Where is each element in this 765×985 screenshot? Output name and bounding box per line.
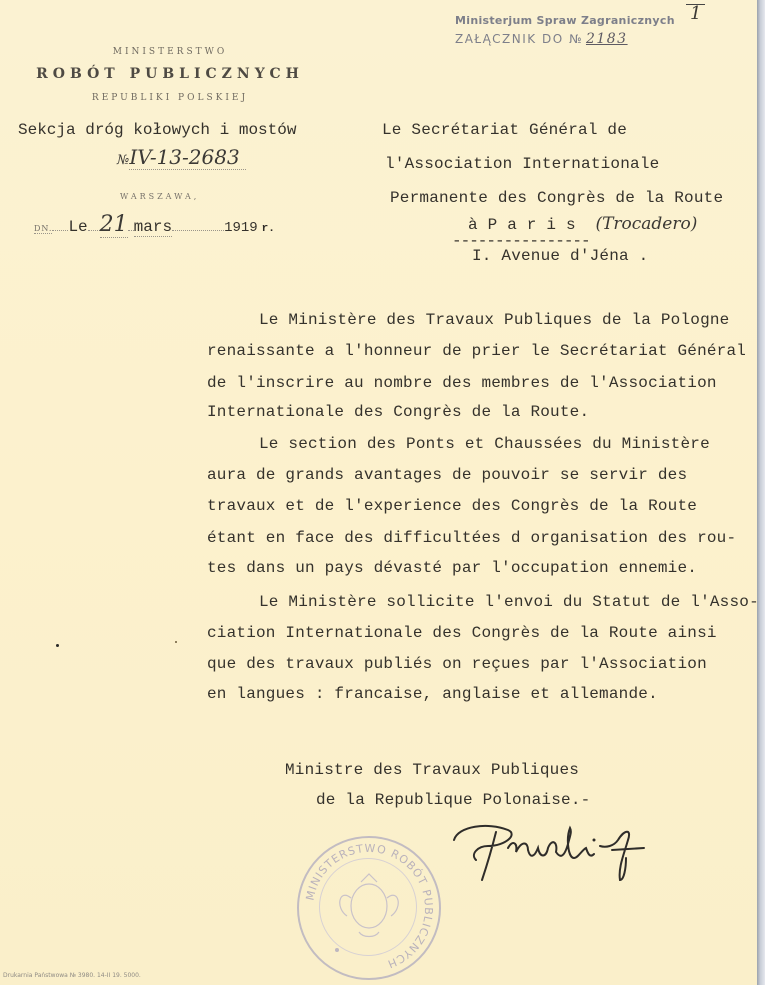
body-line: renaissante a l'honneur de prier le Secr… <box>207 342 746 360</box>
body-line: Le Ministère sollicite l'envoi du Statut… <box>259 593 759 611</box>
letterhead-republic: REPUBLIKI POLSKIEJ <box>0 93 340 103</box>
page-mark: 1 <box>686 4 705 23</box>
recipient-city: à P a r i s (Trocadero) <box>468 214 697 234</box>
date-suffix: r. <box>262 223 275 235</box>
date-line: DN.Le21mars1919r. <box>34 212 275 237</box>
letter-page: MINISTERSTWO ROBÓT PUBLICZNYCH REPUBLIKI… <box>0 0 757 985</box>
recipient-line: Le Secrétariat Général de <box>382 121 627 139</box>
number-sign: № <box>117 153 129 168</box>
body-line: Le Ministère des Travaux Publiques de la… <box>259 311 729 329</box>
letterhead-ministry: MINISTERSTWO <box>0 47 340 57</box>
body-line: travaux et de l'experience des Congrès d… <box>207 497 697 515</box>
closing-line: de la Republique Polonaise.- <box>316 791 590 809</box>
svg-text:MINISTERSTWO ROBÓT PUBLICZNYCH: MINISTERSTWO ROBÓT PUBLICZNYCH <box>303 842 435 971</box>
stamp-number: 2183 <box>586 31 628 47</box>
body-line: ciation Internationale des Congrès de la… <box>207 624 717 642</box>
signature-icon <box>448 818 668 888</box>
body-line: en langues : francaise, anglaise et alle… <box>207 685 658 703</box>
recipient-line: l'Association Internationale <box>385 155 659 173</box>
section-name: Sekcja dróg kołowych i mostów <box>18 121 296 139</box>
date-prefix: DN. <box>34 224 52 234</box>
date-year: 1919 <box>224 220 258 236</box>
scan-edge <box>757 0 765 985</box>
recipient-line: Permanente des Congrès de la Route <box>390 189 723 207</box>
reference-value: IV-13-2683 <box>129 145 245 170</box>
body-line: Le section des Ponts et Chaussées du Min… <box>259 435 710 453</box>
date-day: 21 <box>100 212 128 238</box>
body-line: étant en face des difficultées d organis… <box>207 529 736 547</box>
date-month: mars <box>134 218 172 237</box>
closing-line: Ministre des Travaux Publiques <box>285 761 579 779</box>
body-line: de l'inscrire au nombre des membres de l… <box>207 374 717 392</box>
stamp-attachment: ZAŁĄCZNIK DO №2183 <box>455 31 675 47</box>
ink-speck <box>175 641 177 643</box>
official-seal: MINISTERSTWO ROBÓT PUBLICZNYCH <box>297 836 441 980</box>
city-name: WARSZAWA, <box>120 192 199 201</box>
city-handwritten: (Trocadero) <box>595 214 697 234</box>
body-line: Internationale des Congrès de la Route. <box>207 403 589 421</box>
body-line: aura de grands avantages de pouvoir se s… <box>207 466 687 484</box>
body-line: tes dans un pays dévasté par l'occupatio… <box>207 559 697 577</box>
ink-speck <box>56 644 59 647</box>
recipient-address: I. Avenue d'Jéna . <box>472 247 648 265</box>
reference-number: №IV-13-2683 <box>117 145 246 169</box>
stamp-ministry: Ministerjum Spraw Zagranicznych <box>455 14 675 27</box>
date-le: Le <box>68 218 87 236</box>
body-line: que des travaux publiés on reçues par l'… <box>207 655 707 673</box>
eagle-emblem-icon: MINISTERSTWO ROBÓT PUBLICZNYCH <box>299 838 439 978</box>
signature <box>448 818 668 893</box>
printer-imprint: Drukarnia Państwowa № 3980. 14-II 19. 50… <box>3 972 141 979</box>
incoming-stamp: Ministerjum Spraw Zagranicznych ZAŁĄCZNI… <box>455 14 675 47</box>
letterhead-department: ROBÓT PUBLICZNYCH <box>0 66 340 82</box>
